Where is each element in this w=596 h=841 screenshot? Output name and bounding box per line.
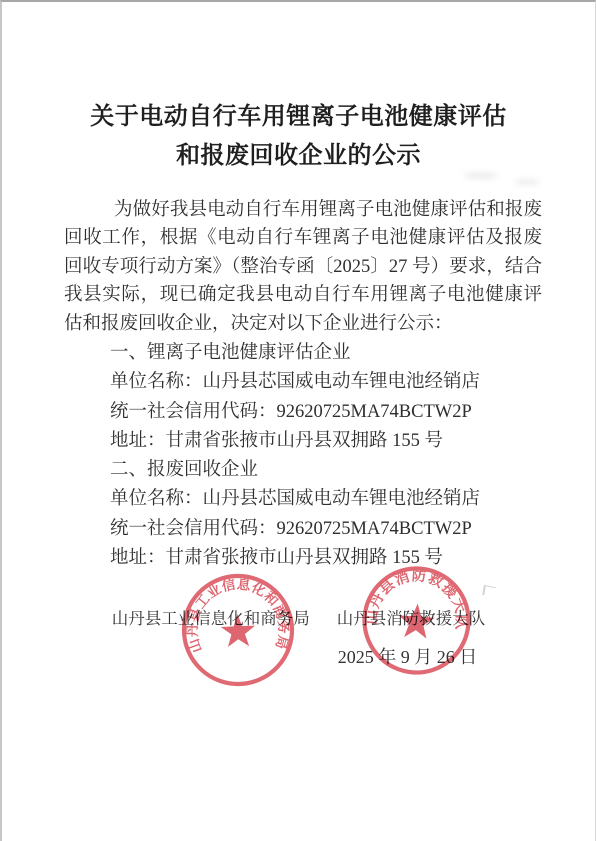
title-line-1: 关于电动自行车用锂离子电池健康评估 [2,98,595,137]
section-2-credit-code: 统一社会信用代码：92620725MA74BCTW2P [64,515,554,544]
star-icon [397,602,436,639]
section-1-heading: 一、锂离子电池健康评估企业 [64,339,554,368]
section-1-credit-code: 统一社会信用代码：92620725MA74BCTW2P [64,398,554,427]
svg-text:山丹县工业信息化和商务局: 山丹县工业信息化和商务局 [183,574,293,655]
scan-smudge [514,179,540,185]
right-official-seal: 山丹县消防救援大队 [356,560,477,681]
title-line-2: 和报废回收企业的公示 [2,137,595,176]
scan-smudge [464,172,498,179]
scanned-document-page: 关于电动自行车用锂离子电池健康评估 和报废回收企业的公示 为做好我县电动自行车用… [0,0,596,841]
page-title: 关于电动自行车用锂离子电池健康评估 和报废回收企业的公示 [2,98,595,176]
section-2-company-name: 单位名称：山丹县芯国威电动车锂电池经销店 [64,485,554,514]
section-2-heading: 二、报废回收企业 [64,456,554,485]
left-official-seal: 山丹县工业信息化和商务局 [177,569,299,691]
left-seal-text: 山丹县工业信息化和商务局 [183,574,293,655]
section-2-address: 地址：甘肃省张掖市山丹县双拥路 155 号 [64,544,554,573]
intro-paragraph: 为做好我县电动自行车用锂离子电池健康评估和报废回收工作，根据《电动自行车锂离子电… [64,196,542,338]
star-icon [220,613,255,647]
section-1-address: 地址：甘肃省张掖市山丹县双拥路 155 号 [64,427,554,456]
enterprise-details: 一、锂离子电池健康评估企业 单位名称：山丹县芯国威电动车锂电池经销店 统一社会信… [64,339,554,573]
signature-line: 山丹县工业信息化和商务局 山丹县消防救援大队 [2,605,595,629]
section-1-company-name: 单位名称：山丹县芯国威电动车锂电池经销店 [64,368,554,397]
scan-artifact-mark [482,585,496,597]
